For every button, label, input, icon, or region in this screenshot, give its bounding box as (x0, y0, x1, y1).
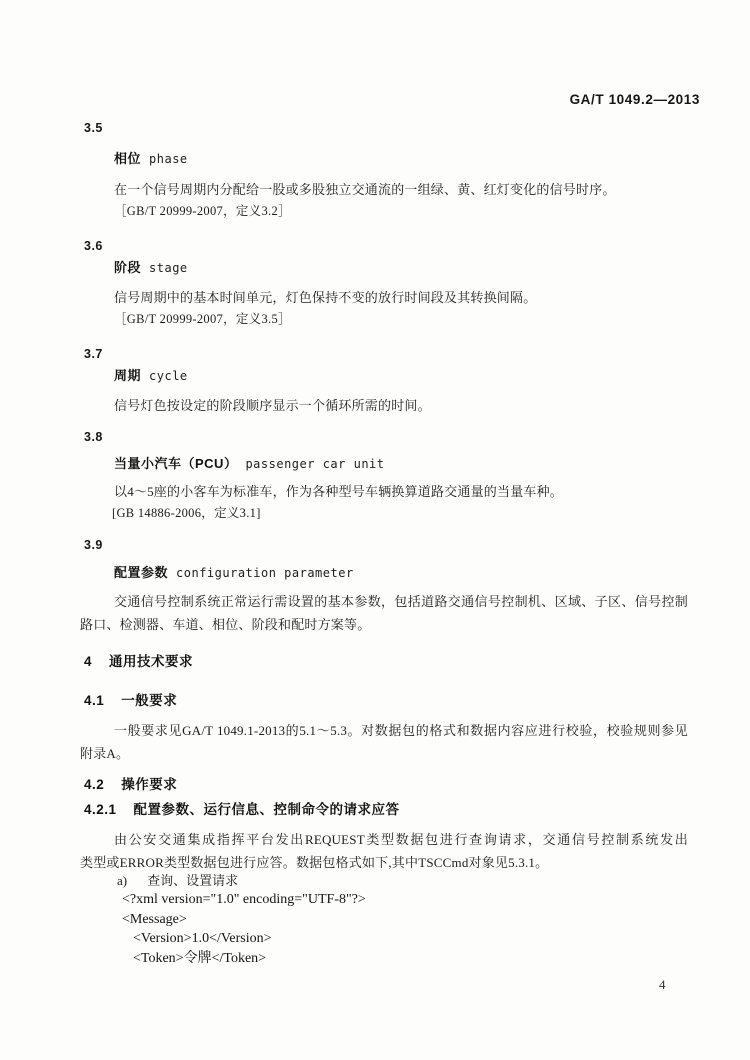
section-number: 4.1 (84, 693, 104, 708)
term-chinese: 阶段 (114, 260, 141, 275)
term-english: passenger car unit (245, 457, 384, 471)
page-number: 4 (659, 976, 666, 994)
section-4-2-heading: 4.2操作要求 (84, 776, 177, 794)
section-4-1-body-line2: 附录A。 (80, 745, 129, 763)
section-4-2-1-body-line1: 由公安交通集成指挥平台发出REQUEST类型数据包进行查询请求，交通信号控制系统… (114, 831, 688, 849)
term-definition-3-6: 信号周期中的基本时间单元，灯色保持不变的放行时间段及其转换间隔。 (114, 289, 536, 307)
section-4-1-heading: 4.1一般要求 (84, 692, 177, 710)
section-4-2-1-body-line2: 类型或ERROR类型数据包进行应答。数据包格式如下,其中TSCCmd对象见5.3… (80, 854, 548, 872)
term-english: cycle (149, 369, 188, 383)
chapter-title: 通用技术要求 (109, 654, 193, 669)
xml-token-element: <Token>令牌</Token> (133, 950, 266, 968)
xml-version-element: <Version>1.0</Version> (133, 930, 272, 948)
term-english: phase (149, 152, 188, 166)
xml-declaration-line: <?xml version="1.0" encoding="UTF-8"?> (122, 891, 366, 909)
term-definition-3-9-line1: 交通信号控制系统正常运行需设置的基本参数，包括道路交通信号控制机、区域、子区、信… (114, 593, 688, 611)
document-page: GA/T 1049.2—2013 3.5 相位phase 在一个信号周期内分配给… (0, 0, 750, 1060)
section-4-1-body-line1: 一般要求见GA/T 1049.1-2013的5.1～5.3。对数据包的格式和数据… (114, 722, 688, 740)
clause-number-3-7: 3.7 (84, 345, 103, 363)
section-title: 配置参数、运行信息、控制命令的请求应答 (134, 802, 400, 817)
term-reference-3-6: ［GB/T 20999-2007，定义3.5］ (114, 310, 291, 328)
term-heading-3-8: 当量小汽车（PCU）passenger car unit (114, 455, 385, 473)
section-number: 4.2.1 (84, 802, 117, 817)
term-chinese: 周期 (114, 368, 141, 383)
term-heading-3-7: 周期cycle (114, 367, 188, 385)
clause-number-3-9: 3.9 (84, 536, 103, 554)
list-item-a: a)查询、设置请求 (117, 872, 238, 890)
section-title: 一般要求 (121, 693, 177, 708)
term-reference-3-8: [GB 14886-2006，定义3.1] (112, 504, 261, 522)
term-heading-3-6: 阶段stage (114, 259, 188, 277)
document-header-code: GA/T 1049.2—2013 (570, 91, 700, 109)
term-definition-3-8: 以4～5座的小客车为标准车，作为各种型号车辆换算道路交通量的当量车种。 (114, 483, 563, 501)
term-english: stage (149, 261, 188, 275)
clause-number-3-5: 3.5 (84, 119, 103, 137)
chapter-number: 4 (84, 654, 92, 669)
term-heading-3-9: 配置参数configuration parameter (114, 564, 354, 582)
clause-number-3-6: 3.6 (84, 237, 103, 255)
section-4-2-1-heading: 4.2.1配置参数、运行信息、控制命令的请求应答 (84, 801, 400, 819)
term-english: configuration parameter (176, 566, 354, 580)
list-item-a-text: 查询、设置请求 (147, 873, 238, 888)
term-reference-3-5: ［GB/T 20999-2007，定义3.2］ (114, 202, 291, 220)
term-chinese: 当量小汽车（PCU） (114, 456, 237, 471)
term-definition-3-9-line2: 路口、检测器、车道、相位、阶段和配时方案等。 (80, 616, 370, 634)
term-definition-3-7: 信号灯色按设定的阶段顺序显示一个循环所需的时间。 (114, 397, 431, 415)
list-item-a-label: a) (117, 873, 127, 888)
term-heading-3-5: 相位phase (114, 150, 188, 168)
term-chinese: 相位 (114, 151, 141, 166)
term-definition-3-5: 在一个信号周期内分配给一股或多股独立交通流的一组绿、黄、红灯变化的信号时序。 (114, 181, 616, 199)
clause-number-3-8: 3.8 (84, 428, 103, 446)
chapter-4-heading: 4通用技术要求 (84, 653, 193, 671)
section-title: 操作要求 (121, 777, 177, 792)
section-number: 4.2 (84, 777, 104, 792)
term-chinese: 配置参数 (114, 565, 168, 580)
xml-message-open-tag: <Message> (122, 911, 187, 929)
